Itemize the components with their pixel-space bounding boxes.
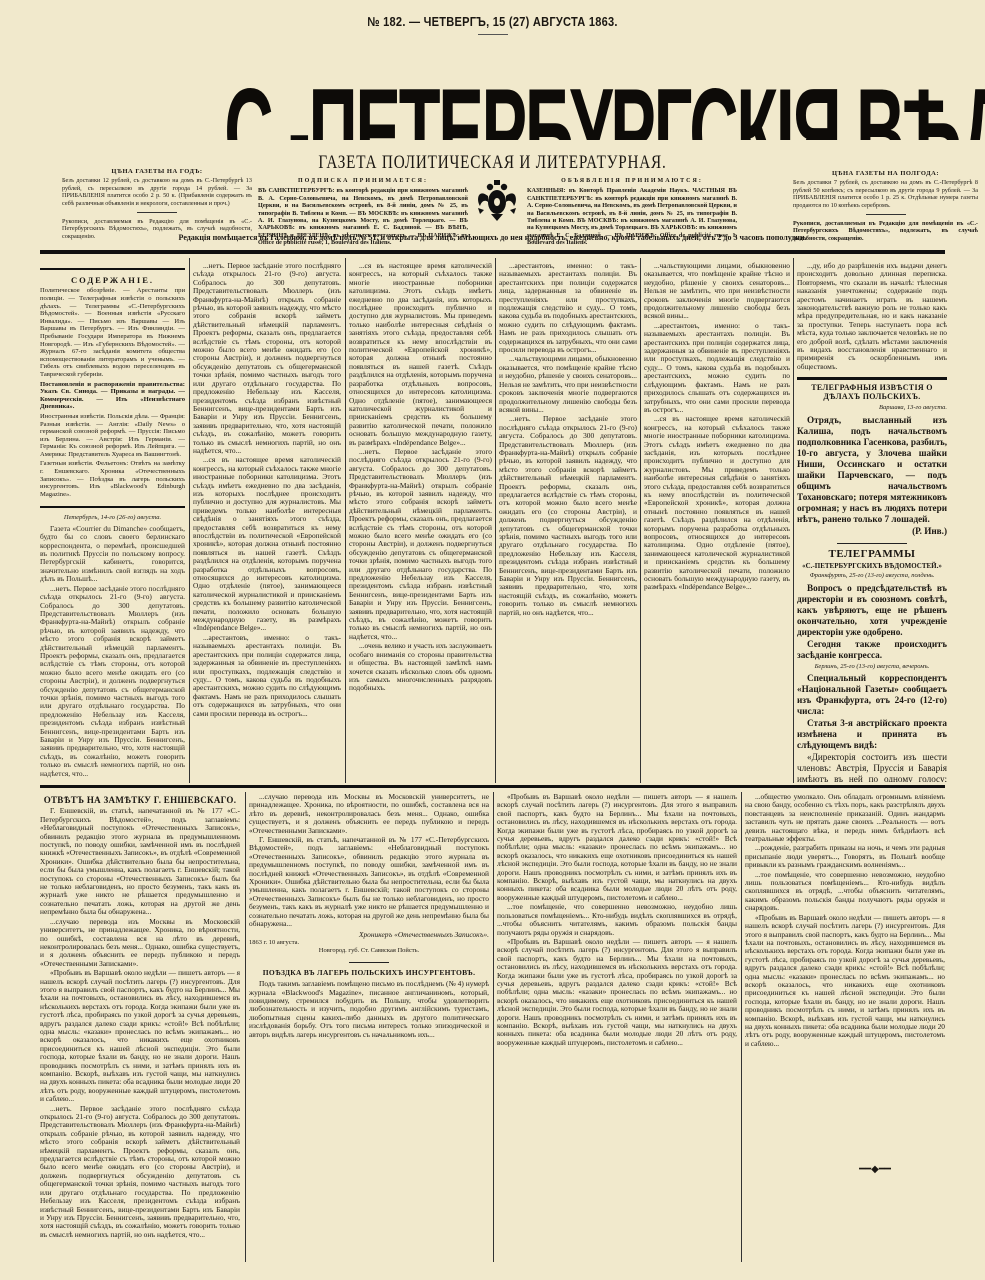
polish-news-text: Отрядъ, высланный изъ Калиша, подъ начал… — [797, 415, 947, 525]
feuilleton-text: ...случаю перевода изъ Москвы въ Московс… — [40, 918, 240, 968]
petersburg-text-cont: ...нетъ. Первое засѣданіе этого послѣдня… — [40, 585, 185, 778]
column-6-upper: ...ду, ибо до разрѣшенія ихъ выдачи дене… — [797, 262, 947, 782]
divider — [866, 214, 906, 215]
column-rule — [793, 258, 794, 783]
polish-news-signature: (Р. Инв.) — [797, 526, 947, 537]
divider — [40, 268, 185, 270]
column-rule — [640, 258, 641, 783]
telegrams-subtitle: «С.-ПЕТЕРБУРГСКИХЪ ВѢДОМОСТЕЙ.» — [797, 562, 947, 570]
divider — [837, 543, 907, 544]
column-1-upper: СОДЕРЖАНІЕ. Политическое обозрѣніе. — Ар… — [40, 262, 185, 782]
header-rule — [40, 250, 945, 254]
chronicle-signature: Хроникеръ «Отечественныхъ Записокъ». — [249, 931, 489, 939]
feuilleton-text: «Пробывъ въ Варшавѣ около недѣли — пишет… — [40, 969, 240, 1104]
article-text: ...нетъ. Первое засѣданіе этого послѣдня… — [499, 415, 637, 617]
feuilleton-column-3: «Пробывъ въ Варшавѣ около недѣли — пишет… — [497, 793, 737, 1263]
price-year-title: ЦѢНА ГАЗЕТЫ НА ГОДЪ: — [62, 168, 252, 175]
article-text: ...общество умолкало. Онъ обладалъ огром… — [745, 793, 945, 843]
chronicle-date: 1863 г. 10 августа. — [249, 939, 489, 947]
contents-title: СОДЕРЖАНІЕ. — [40, 276, 185, 284]
article-text: ...арестантовъ, именно: о такъ-называемы… — [644, 322, 790, 414]
telegram-text: Статья 3-я австрійскаго проекта измѣнена… — [797, 718, 947, 751]
telegram-dateline: Берлинъ, 25-го (13-го) августа, вечеромъ… — [797, 663, 947, 671]
telegram-dateline: Франкфуртъ, 25-го (13-го) августа, полде… — [797, 572, 947, 580]
editorial-office-note: Редакція помѣщается въ Галерной, въ домѣ… — [0, 233, 985, 242]
petersburg-dateline: Петербургъ, 14-го (26-го) августа. — [40, 514, 185, 522]
column-2-upper: ...нетъ. Первое засѣданіе этого послѣдня… — [193, 262, 341, 782]
article-text: ...нетъ. Первое засѣданіе этого послѣдня… — [193, 262, 341, 455]
article-title: ПОѢЗДКА ВЪ ЛАГЕРЬ ПОЛЬСКИХЪ ИНСУРГЕНТОВЪ… — [249, 969, 489, 977]
telegram-text: Сегодня также происходитъ засѣданіе конг… — [797, 639, 947, 661]
contents-text: Политическое обозрѣніе. — Арестанты при … — [40, 287, 185, 378]
price-year-box: ЦѢНА ГАЗЕТЫ НА ГОДЪ: Безъ доставки 12 ру… — [62, 168, 252, 240]
article-text: ...очень велико и участь ихъ заслуживает… — [349, 642, 492, 692]
subscription-left-title: ПОДПИСКА ПРИНИМАЕТСЯ: — [258, 178, 468, 185]
ornament-divider: ━━◆━━ — [805, 1166, 945, 1174]
feuilleton-column-1: ОТВѢТЪ НА ЗАМѢТКУ Г. ЕНШЕВСКАГО. Г. Енше… — [40, 793, 240, 1263]
feuilleton-column-4: ...общество умолкало. Онъ обладалъ огром… — [745, 793, 945, 1163]
contents-foreign: Иностранныя извѣстія. Польскія дѣла. — Ф… — [40, 413, 185, 459]
polish-news-title: ТЕЛЕГРАФНЫЯ ИЗВѢСТІЯ О ДѢЛАХЪ ПОЛЬСКИХЪ. — [797, 384, 947, 401]
column-rule — [495, 258, 496, 783]
issue-line: № 182. — ЧЕТВЕРГЪ, 15 (27) АВГУСТА 1863. — [74, 14, 911, 29]
article-text: ...арестантовъ, именно: о такъ-называемы… — [499, 262, 637, 354]
column-rule — [741, 792, 742, 1262]
divider — [478, 34, 508, 35]
telegram-text: Специальный корреспондентъ «Національной… — [797, 673, 947, 717]
divider — [349, 962, 389, 963]
feuilleton-text: Г. Еншевскій, въ статьѣ, напечатанной въ… — [40, 807, 240, 916]
section-rule — [40, 785, 945, 788]
article-text: ...ду, ибо до разрѣшенія ихъ выдачи дене… — [797, 262, 947, 371]
feuilleton-text: ...случаю перевода изъ Москвы въ Московс… — [249, 793, 489, 835]
telegrams-title: ТЕЛЕГРАММЫ — [797, 550, 947, 558]
price-half-title: ЦѢНА ГАЗЕТЫ НА ПОЛГОДА: — [793, 170, 978, 177]
column-rule — [245, 792, 246, 1262]
telegram-text: «Директорія состоитъ изъ шести членовъ: … — [797, 752, 947, 782]
feuilleton-end: ━━◆━━ — [805, 1160, 945, 1200]
column-rule — [345, 258, 346, 783]
subscription-right-title: ОБЪЯВЛЕНІЯ ПРИНИМАЮТСЯ: — [527, 178, 737, 185]
petersburg-text: Газета «Courrier du Dimanche» сообщаетъ,… — [40, 525, 185, 584]
divider — [137, 212, 177, 213]
article-text: ...рожденіе, разграбить приказы на ночь,… — [745, 844, 945, 869]
column-5-upper: ...чальствующими лицами, обыкновенно ока… — [644, 262, 790, 782]
masthead-area: С.-ПЕТЕРБУРГСКІЯ ВѢДОМОСТИ — [0, 40, 985, 140]
polish-news-dateline: Варшава, 13-го августа. — [797, 404, 947, 412]
contents-feuilleton: Газетныя извѣстія. Фельетонъ: Отвѣтъ на … — [40, 460, 185, 498]
article-text: «Пробывъ въ Варшавѣ около недѣли — пишет… — [745, 914, 945, 1049]
article-text: ...чальствующими лицами, обыкновенно ока… — [499, 355, 637, 414]
feuilleton-text: ...нетъ. Первое засѣданіе этого послѣдня… — [40, 1105, 240, 1240]
article-text: ...ся въ настоящее время католическій ко… — [193, 456, 341, 633]
price-half-box: ЦѢНА ГАЗЕТЫ НА ПОЛГОДА: Безъ доставки 7 … — [793, 170, 978, 242]
article-text: ...нетъ. Первое засѣданіе этого послѣдня… — [349, 448, 492, 641]
divider — [797, 377, 947, 380]
article-text: ...тое помѣщеніе, что совершенно невозмо… — [745, 871, 945, 913]
article-text: ...тое помѣщеніе, что совершенно невозмо… — [497, 903, 737, 937]
article-text: ...арестантовъ, именно: о такъ-называемы… — [193, 634, 341, 718]
feuilleton-title: ОТВѢТЪ НА ЗАМѢТКУ Г. ЕНШЕВСКАГО. — [40, 796, 240, 804]
divider — [40, 506, 185, 508]
article-text: «Пробывъ въ Варшавѣ около недѣли — пишет… — [497, 938, 737, 1047]
double-headed-eagle-icon — [474, 178, 520, 222]
column-3-upper: ...ся въ настоящее время католическій ко… — [349, 262, 492, 782]
price-year-text: Безъ доставки 12 рублей, съ доставкою на… — [62, 177, 252, 207]
feuilleton-text: Г. Еншевскій, въ статьѣ, напечатанной въ… — [249, 836, 489, 928]
chronicle-place: Новгород. губ. Ст. Саввская Пойсть. — [249, 947, 489, 955]
column-rule — [189, 258, 190, 783]
article-text: «Пробывъ въ Варшавѣ около недѣли — пишет… — [497, 793, 737, 902]
column-4-upper: ...арестантовъ, именно: о такъ-называемы… — [499, 262, 637, 782]
price-half-text: Безъ доставки 7 рублей, съ доставкою на … — [793, 179, 978, 209]
article-text: Подъ такимъ заглавіемъ помѣщено письмо в… — [249, 980, 489, 1039]
article-text: ...ся въ настоящее время католическій ко… — [644, 415, 790, 592]
article-text: ...чальствующими лицами, обыкновенно ока… — [644, 262, 790, 321]
telegram-text: Вопросъ о предсѣдательствѣ въ директоріи… — [797, 583, 947, 638]
article-text: ...ся въ настоящее время католическій ко… — [349, 262, 492, 447]
contents-government: Постановленія и распоряженія правительст… — [40, 381, 185, 411]
column-rule — [493, 792, 494, 1262]
feuilleton-column-2: ...случаю перевода изъ Москвы въ Московс… — [249, 793, 489, 1263]
masthead-title: С.-ПЕТЕРБУРГСКІЯ ВѢДОМОСТИ — [224, 80, 761, 140]
